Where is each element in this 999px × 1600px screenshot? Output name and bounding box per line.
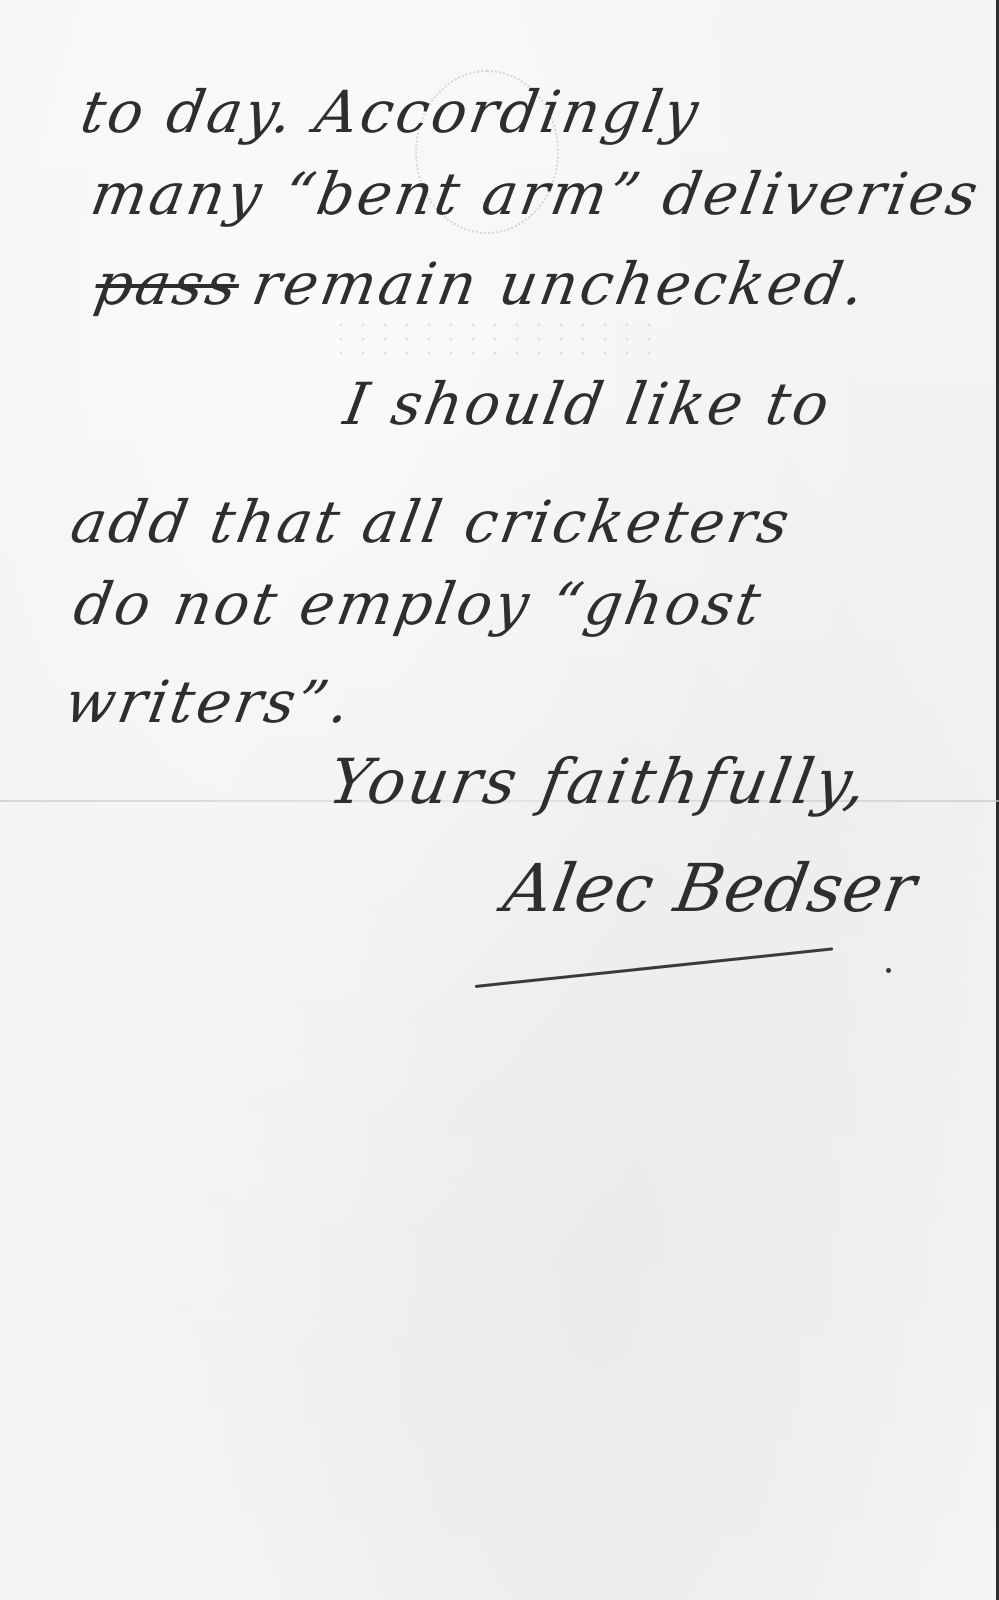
signature: Alec Bedser	[498, 850, 923, 927]
struck-out-word: pass	[90, 250, 245, 318]
letter-page: to day. Accordingly many “bent arm” deli…	[0, 0, 999, 1600]
letter-line-5: add that all cricketers	[66, 488, 797, 556]
letter-line-3-text: remain unchecked.	[247, 250, 872, 318]
letter-line-6: do not employ “ghost	[69, 570, 769, 638]
closing-salutation: Yours faithfully,	[324, 745, 875, 818]
letter-line-3: passremain unchecked.	[90, 250, 873, 318]
ink-dot	[886, 968, 891, 973]
letter-line-4: I should like to	[339, 370, 837, 438]
signature-underline	[475, 947, 833, 988]
letter-line-2: many “bent arm” deliveries	[86, 160, 986, 228]
letter-line-7: writers”.	[60, 668, 358, 736]
letter-line-1: to day. Accordingly	[76, 78, 706, 146]
show-through-letterhead	[330, 318, 660, 358]
